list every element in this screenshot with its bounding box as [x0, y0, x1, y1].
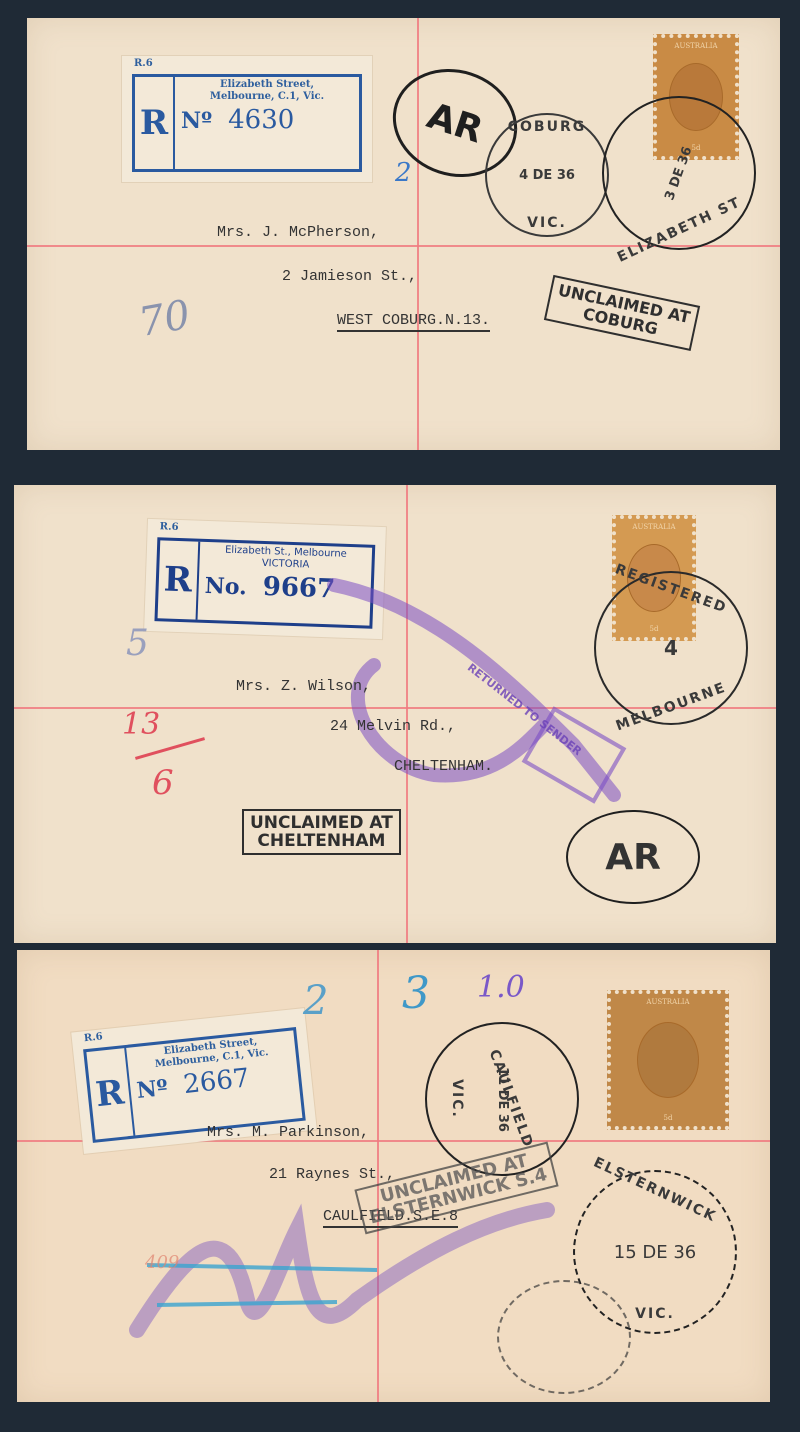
- registration-label: R.6 R Elizabeth Street, Melbourne, C.1, …: [122, 56, 372, 182]
- envelope-1: R.6 R Elizabeth Street, Melbourne, C.1, …: [27, 18, 780, 450]
- address-line2: 2 Jamieson St.,: [282, 268, 417, 285]
- label-number: 2667: [182, 1063, 251, 1100]
- postmark-town: CAULFIELD: [486, 1047, 537, 1150]
- postmark-town: COBURG: [508, 119, 587, 135]
- envelope-2: R.6 R Elizabeth St., Melbourne VICTORIA …: [14, 485, 776, 943]
- postmark-date: 3 DE 36: [662, 144, 695, 202]
- manuscript-mark: 5: [126, 623, 149, 664]
- address-line1: Mrs. M. Parkinson,: [207, 1124, 369, 1141]
- address-line3: CHELTENHAM.: [394, 758, 493, 775]
- manuscript-mark: 13: [122, 707, 160, 742]
- postmark-faint: [497, 1280, 631, 1394]
- manuscript-mark: 2: [303, 978, 328, 1024]
- label-number: 4630: [228, 105, 294, 135]
- manuscript-mark: 409: [145, 1252, 179, 1273]
- handstamp-line2: CHELTENHAM: [250, 832, 393, 850]
- postmark-elizabeth-st: ELIZABETH ST 3 DE 36: [602, 96, 756, 250]
- postmark-state: VIC.: [527, 215, 567, 231]
- stamp-country: AUSTRALIA: [646, 998, 689, 1006]
- handstamp-line1: UNCLAIMED AT: [250, 814, 393, 832]
- postmark-state: VIC.: [635, 1306, 675, 1322]
- address-line3: WEST COBURG.N.13.: [337, 312, 490, 332]
- address-line2: 24 Melvin Rd.,: [330, 718, 456, 735]
- label-office-line1: Elizabeth Street,: [181, 79, 353, 91]
- postmark-town: ELSTERNWICK: [591, 1154, 719, 1225]
- stamp-country: AUSTRALIA: [632, 523, 675, 531]
- label-form: R.6: [160, 521, 179, 533]
- postmark-date: 11 DE 36: [495, 1067, 510, 1132]
- postmark-coburg: COBURG 4 DE 36 VIC.: [485, 113, 609, 237]
- label-r-letter: R: [135, 77, 175, 169]
- manuscript-mark: 1.0: [477, 970, 525, 1005]
- manuscript-mark: 2: [395, 158, 412, 188]
- manuscript-mark: 3: [402, 968, 430, 1019]
- postmark-town: ELIZABETH ST: [615, 194, 744, 265]
- postage-stamp: AUSTRALIA 5d: [607, 990, 729, 1130]
- stamp-value: 5d: [664, 1114, 673, 1122]
- postmark-state: VIC.: [449, 1079, 465, 1119]
- address-line1: Mrs. J. McPherson,: [217, 224, 379, 241]
- label-no: Nº: [135, 1075, 169, 1104]
- ar-mark: AR: [566, 810, 700, 904]
- stamp-country: AUSTRALIA: [674, 42, 717, 50]
- label-office-line2: Melbourne, C.1, Vic.: [181, 91, 353, 103]
- label-form: R.6: [83, 1031, 103, 1044]
- postmark-date: 4 DE 36: [519, 168, 575, 183]
- unclaimed-handstamp: UNCLAIMED AT COBURG: [544, 275, 701, 351]
- label-form: R.6: [134, 58, 153, 69]
- unclaimed-handstamp: UNCLAIMED AT CHELTENHAM: [242, 809, 401, 855]
- label-no: No.: [204, 573, 247, 600]
- king-portrait: [637, 1022, 699, 1098]
- address-line1: Mrs. Z. Wilson,: [236, 678, 371, 695]
- manuscript-mark: 6: [152, 763, 174, 803]
- postmark-date: 15 DE 36: [614, 1242, 697, 1263]
- postmark-number: 4: [664, 636, 678, 660]
- label-no: Nº: [181, 108, 212, 134]
- manuscript-mark: 70: [135, 292, 193, 346]
- envelope-3: R.6 R Elizabeth Street, Melbourne, C.1, …: [17, 950, 770, 1402]
- label-r-letter: R: [158, 540, 201, 619]
